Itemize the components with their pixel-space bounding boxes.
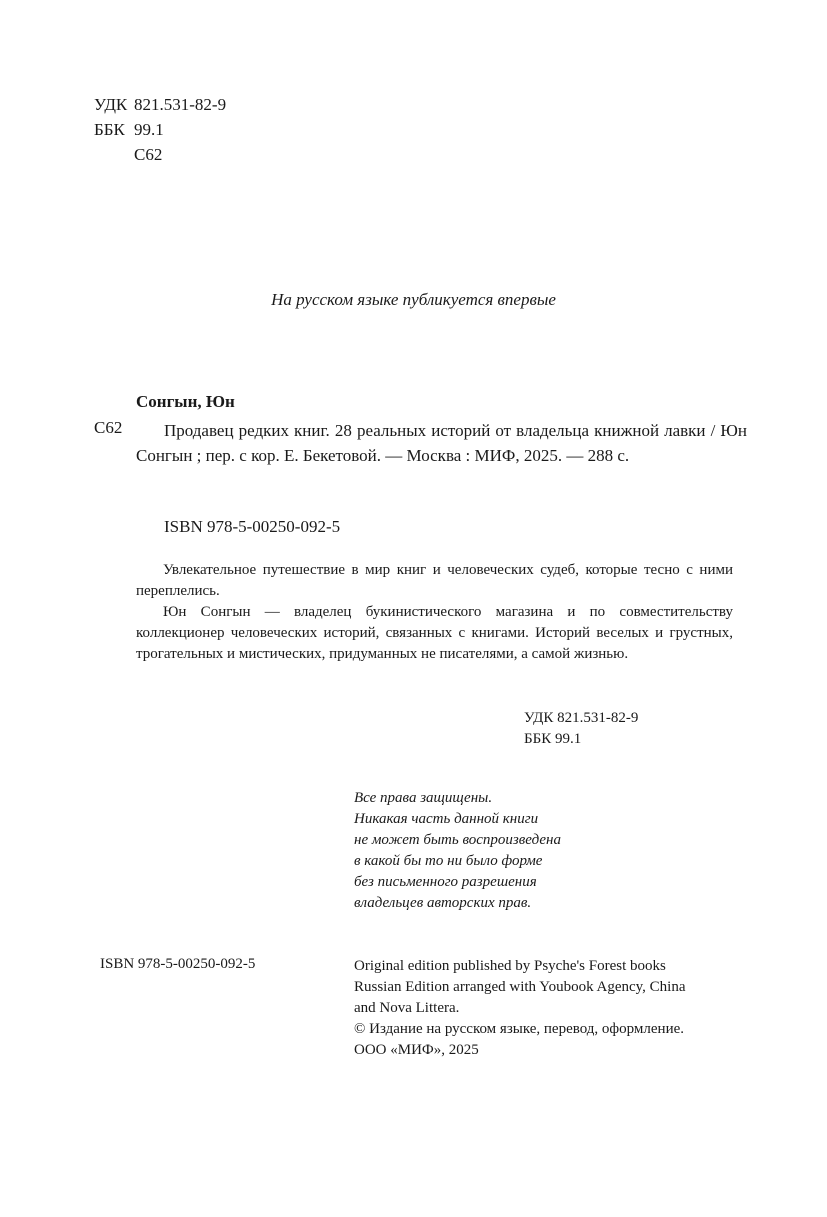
- bibliographic-description: Продавец редких книг. 28 реальных истори…: [136, 418, 747, 468]
- record-cutter: С62: [94, 418, 122, 438]
- bbk-row: ББК 99.1: [94, 117, 226, 142]
- annotation: Увлекательное путешествие в мир книг и ч…: [136, 560, 733, 665]
- annotation-paragraph: Увлекательное путешествие в мир книг и ч…: [136, 560, 733, 602]
- rights-notice: Все права защищены. Никакая часть данной…: [354, 788, 561, 914]
- udk-row: УДК 821.531-82-9: [94, 92, 226, 117]
- first-publication-text: На русском языке публикуется впервые: [271, 290, 556, 310]
- footer-bbk: ББК 99.1: [524, 729, 638, 750]
- cutter-row: С62: [94, 142, 226, 167]
- footer-udk: УДК 821.531-82-9: [524, 708, 638, 729]
- udk-value: 821.531-82-9: [134, 92, 226, 117]
- cutter-code: С62: [134, 142, 162, 167]
- copyright-line: and Nova Littera.: [354, 998, 686, 1019]
- copyright-line: ООО «МИФ», 2025: [354, 1040, 686, 1061]
- annotation-paragraph: Юн Сонгын — владелец букинистического ма…: [136, 602, 733, 665]
- rights-line: без письменного разрешения: [354, 872, 561, 893]
- copyright-line: © Издание на русском языке, перевод, офо…: [354, 1019, 686, 1040]
- rights-line: Никакая часть данной книги: [354, 809, 561, 830]
- footer-classification-codes: УДК 821.531-82-9 ББК 99.1: [524, 708, 638, 750]
- copyright-line: Original edition published by Psyche's F…: [354, 956, 686, 977]
- first-publication-note: На русском языке публикуется впервые: [0, 290, 827, 310]
- rights-line: владельцев авторских прав.: [354, 893, 561, 914]
- record-isbn: ISBN 978-5-00250-092-5: [164, 517, 340, 537]
- rights-line: не может быть воспроизведена: [354, 830, 561, 851]
- udk-label: УДК: [94, 92, 134, 117]
- author-heading: Сонгын, Юн: [136, 392, 235, 412]
- bbk-label: ББК: [94, 117, 134, 142]
- rights-line: Все права защищены.: [354, 788, 561, 809]
- bbk-value: 99.1: [134, 117, 164, 142]
- rights-line: в какой бы то ни было форме: [354, 851, 561, 872]
- footer-isbn: ISBN 978-5-00250-092-5: [100, 956, 255, 973]
- copyright-notice: Original edition published by Psyche's F…: [354, 956, 686, 1061]
- classification-codes: УДК 821.531-82-9 ББК 99.1 С62: [94, 92, 226, 167]
- copyright-line: Russian Edition arranged with Youbook Ag…: [354, 977, 686, 998]
